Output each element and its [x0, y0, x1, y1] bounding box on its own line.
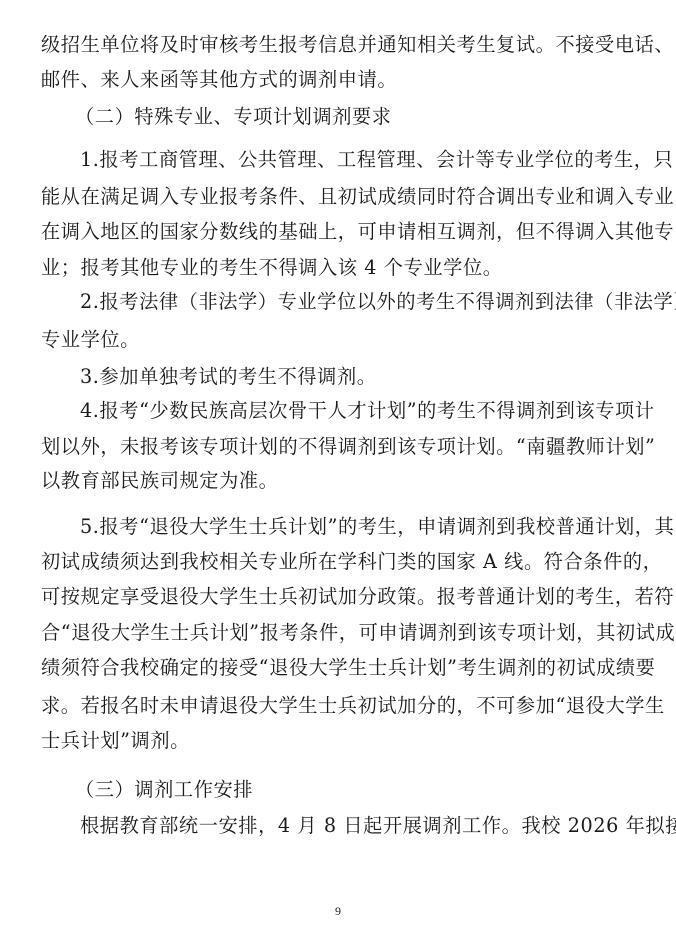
- rule-5-line: 可按规定享受退役大学生士兵初试加分政策。报考普通计划的考生，若符: [41, 585, 631, 609]
- page-number: 9: [0, 904, 676, 918]
- rule-5-line: 合“退役大学生士兵计划”报考条件，可申请调剂到该专项计划，其初试成: [41, 621, 631, 645]
- rule-3-line: 3.参加单独考试的考生不得调剂。: [80, 365, 631, 389]
- rule-5-line: 5.报考“退役大学生士兵计划”的考生，申请调剂到我校普通计划，其: [80, 515, 631, 539]
- rule-4-line: 4.报考“少数民族高层次骨干人才计划”的考生不得调剂到该专项计: [80, 399, 631, 423]
- rule-1-line: 能从在满足调入专业报考条件、且初试成绩同时符合调出专业和调入专业: [41, 185, 631, 209]
- rule-2-line: 专业学位。: [41, 328, 631, 352]
- section-heading-special-majors: （二）特殊专业、专项计划调剂要求: [75, 105, 665, 129]
- rule-1-line: 1.报考工商管理、公共管理、工程管理、会计等专业学位的考生，只: [80, 148, 631, 172]
- section-heading-arrangement: （三）调剂工作安排: [75, 778, 665, 802]
- rule-2-line: 2.报考法律（非法学）专业学位以外的考生不得调剂到法律（非法学）: [80, 290, 631, 314]
- document-page: 级招生单位将及时审核考生报考信息并通知相关考生复试。不接受电话、 邮件、来人来函…: [0, 0, 676, 941]
- arrangement-line: 根据教育部统一安排，4 月 8 日起开展调剂工作。我校 2026 年拟接: [80, 814, 631, 838]
- rule-4-line: 以教育部民族司规定为准。: [41, 469, 631, 493]
- rule-1-line: 在调入地区的国家分数线的基础上，可申请相互调剂，但不得调入其他专: [41, 220, 631, 244]
- rule-1-line: 业；报考其他专业的考生不得调入该 4 个专业学位。: [41, 256, 631, 280]
- rule-5-line: 绩须符合我校确定的接受“退役大学生士兵计划”考生调剂的初试成绩要: [41, 656, 631, 680]
- paragraph-line: 邮件、来人来函等其他方式的调剂申请。: [41, 68, 631, 92]
- rule-5-line: 初试成绩须达到我校相关专业所在学科门类的国家 A 线。符合条件的，: [41, 550, 631, 574]
- paragraph-line: 级招生单位将及时审核考生报考信息并通知相关考生复试。不接受电话、: [41, 33, 631, 57]
- rule-5-line: 士兵计划”调剂。: [41, 729, 631, 753]
- rule-4-line: 划以外，未报考该专项计划的不得调剂到该专项计划。“南疆教师计划”: [41, 435, 631, 459]
- rule-5-line: 求。若报名时未申请退役大学生士兵初试加分的，不可参加“退役大学生: [41, 694, 631, 718]
